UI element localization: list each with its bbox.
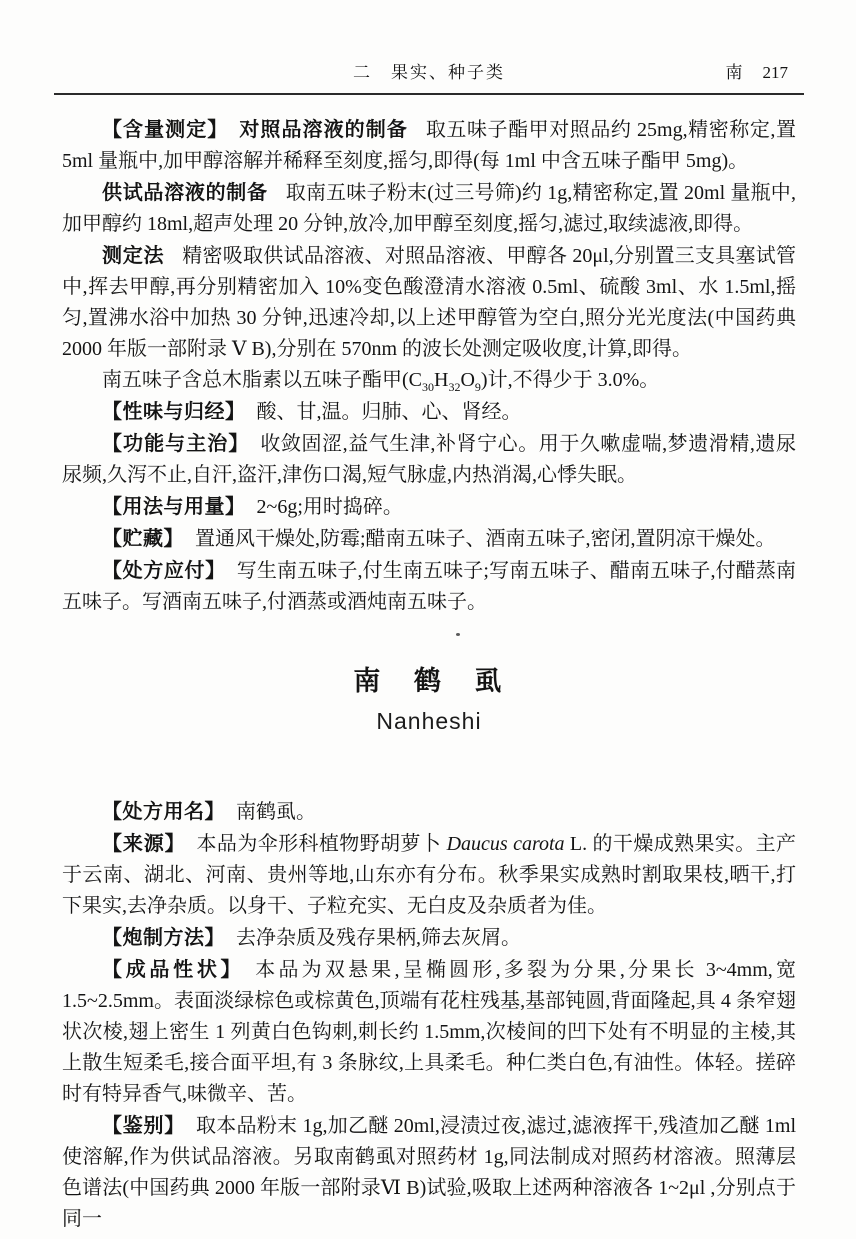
paragraph-assay-limit: 南五味子含总木脂素以五味子酯甲(C30H32O9)计,不得少于 3.0%。 bbox=[62, 365, 796, 396]
page-number: 217 bbox=[763, 63, 789, 82]
section-label: 【成品性状】 bbox=[102, 957, 244, 981]
formula-element: O bbox=[460, 369, 474, 391]
paragraph-product-characters: 【成品性状】本品为双悬果,呈椭圆形,多裂为分果,分果长 3~4mm,宽 1.5~… bbox=[62, 954, 796, 1110]
formula-prefix: 南五味子含总木脂素以五味子酯甲(C bbox=[102, 369, 422, 391]
latin-authority: L. bbox=[565, 833, 593, 855]
running-head: 二 果实、种子类 南217 bbox=[62, 58, 796, 84]
paragraph-processing-method: 【炮制方法】去净杂质及残存果柄,筛去灰屑。 bbox=[62, 922, 796, 954]
monograph-title: 南 鹤 虱 bbox=[62, 664, 796, 700]
monograph-nanwuweizi: 【含量测定】对照品溶液的制备取五味子酯甲对照品约 25mg,精密称定,置 5ml… bbox=[62, 114, 796, 618]
paragraph-text: 2~6g;用时捣碎。 bbox=[257, 496, 403, 518]
monograph-pinyin: Nanheshi bbox=[62, 706, 796, 736]
run-in-subhead: 测定法 bbox=[102, 243, 164, 267]
paragraph-text: 去净杂质及残存果柄,筛去灰屑。 bbox=[236, 927, 521, 949]
section-label: 【炮制方法】 bbox=[102, 925, 225, 949]
monograph-nanheshi: 南 鹤 虱 Nanheshi 【处方用名】南鹤虱。 【来源】本品为伞形科植物野胡… bbox=[62, 664, 796, 1235]
section-label: 【处方应付】 bbox=[102, 558, 226, 582]
paragraph-text: 本品为伞形科植物野胡萝卜 bbox=[197, 833, 447, 855]
paragraph-identification: 【鉴别】取本品粉末 1g,加乙醚 20ml,浸渍过夜,滤过,滤液挥干,残渣加乙醚… bbox=[62, 1110, 796, 1235]
section-label: 【处方用名】 bbox=[102, 799, 225, 823]
page-body: 【含量测定】对照品溶液的制备取五味子酯甲对照品约 25mg,精密称定,置 5ml… bbox=[62, 114, 796, 1235]
paragraph-text: 酸、甘,温。归肺、心、肾经。 bbox=[257, 401, 522, 423]
run-in-subhead: 对照品溶液的制备 bbox=[239, 117, 408, 141]
formula-element: H bbox=[434, 369, 448, 391]
chapter-character: 南 bbox=[726, 63, 743, 82]
section-label: 【鉴别】 bbox=[102, 1113, 185, 1137]
formula-suffix: )计,不得少于 3.0%。 bbox=[481, 369, 659, 391]
paragraph-functions: 【功能与主治】收敛固涩,益气生津,补肾宁心。用于久嗽虚喘,梦遗滑精,遗尿尿频,久… bbox=[62, 428, 796, 491]
paragraph-text: 精密吸取供试品溶液、对照品溶液、甲醇各 20μl,分别置三支具塞试管中,挥去甲醇… bbox=[62, 245, 796, 360]
paragraph-text: 南鹤虱。 bbox=[236, 801, 316, 823]
section-label: 【贮藏】 bbox=[102, 526, 184, 550]
paragraph-assay-method: 测定法精密吸取供试品溶液、对照品溶液、甲醇各 20μl,分别置三支具塞试管中,挥… bbox=[62, 240, 796, 365]
paragraph-test-solution: 供试品溶液的制备取南五味子粉末(过三号筛)约 1g,精密称定,置 20ml 量瓶… bbox=[62, 177, 796, 240]
paragraph-taste-meridian: 【性味与归经】酸、甘,温。归肺、心、肾经。 bbox=[62, 396, 796, 428]
paragraph-storage: 【贮藏】置通风干燥处,防霉;醋南五味子、酒南五味子,密闭,置阴凉干燥处。 bbox=[62, 523, 796, 555]
head-rule bbox=[54, 93, 804, 95]
run-in-subhead: 供试品溶液的制备 bbox=[102, 180, 268, 204]
section-label: 【性味与归经】 bbox=[102, 399, 246, 423]
paragraph-prescription-name: 【处方用名】南鹤虱。 bbox=[62, 796, 796, 828]
section-label: 【用法与用量】 bbox=[102, 494, 246, 518]
formula-subscript: 30 bbox=[422, 380, 434, 394]
print-speck bbox=[456, 633, 460, 636]
section-title: 二 果实、种子类 bbox=[62, 58, 796, 83]
formula-subscript: 32 bbox=[448, 380, 460, 394]
page-locator: 南217 bbox=[726, 58, 789, 83]
section-label: 【来源】 bbox=[102, 831, 186, 855]
section-label: 【功能与主治】 bbox=[102, 431, 249, 455]
paragraph-prescription-dispensing: 【处方应付】写生南五味子,付生南五味子;写南五味子、醋南五味子,付醋蒸南五味子。… bbox=[62, 555, 796, 618]
book-page: 二 果实、种子类 南217 【含量测定】对照品溶液的制备取五味子酯甲对照品约 2… bbox=[0, 0, 856, 1239]
paragraph-dosage: 【用法与用量】2~6g;用时捣碎。 bbox=[62, 491, 796, 523]
section-label: 【含量测定】 bbox=[102, 117, 228, 141]
paragraph-source: 【来源】本品为伞形科植物野胡萝卜 Daucus carota L. 的干燥成熟果… bbox=[62, 828, 796, 922]
paragraph-text: 置通风干燥处,防霉;醋南五味子、酒南五味子,密闭,置阴凉干燥处。 bbox=[195, 528, 776, 550]
paragraph-content-determination: 【含量测定】对照品溶液的制备取五味子酯甲对照品约 25mg,精密称定,置 5ml… bbox=[62, 114, 796, 177]
latin-binomial: Daucus carota bbox=[447, 833, 565, 855]
